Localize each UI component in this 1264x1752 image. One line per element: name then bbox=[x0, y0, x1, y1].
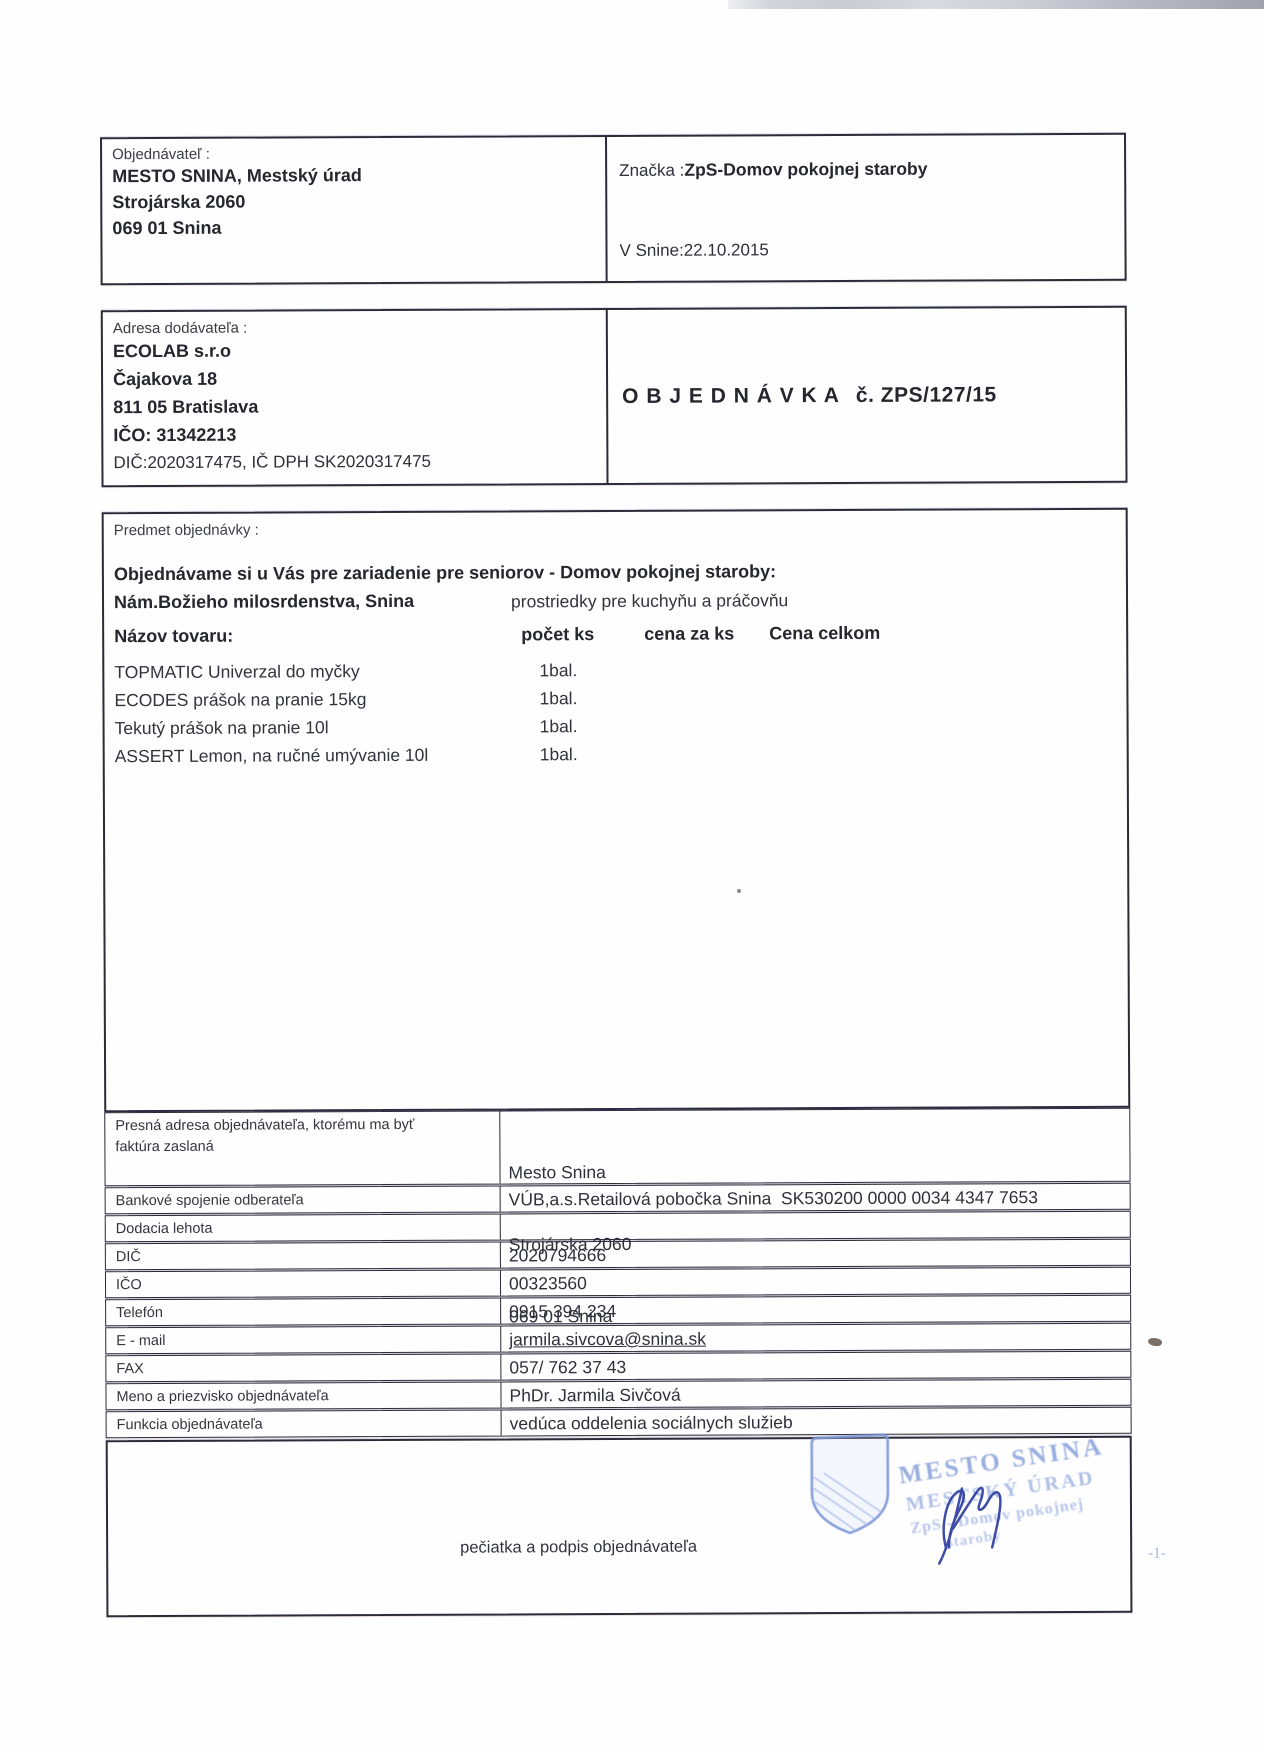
item-row: ASSERT Lemon, na ručné umývanie 10l 1bal… bbox=[115, 742, 1105, 767]
table-row: Bankové spojenie odberateľa VÚB,a.s.Reta… bbox=[105, 1183, 1131, 1214]
order-title: O B J E D N Á V K Ač. ZPS/127/15 bbox=[622, 383, 997, 409]
supplier-label: Adresa dodávateľa : bbox=[113, 318, 596, 337]
order-word: O B J E D N Á V K A bbox=[622, 384, 840, 408]
row-label: DIČ bbox=[106, 1243, 500, 1270]
order-number: č. ZPS/127/15 bbox=[856, 383, 997, 407]
item-qty: 1bal. bbox=[539, 688, 577, 709]
mark-value: ZpS-Domov pokojnej staroby bbox=[684, 159, 927, 180]
item-qty: 1bal. bbox=[540, 716, 578, 737]
customer-city: 069 01 Snina bbox=[112, 213, 595, 241]
subject-goods-note: prostriedky pre kuchyňu a práčovňu bbox=[511, 590, 788, 612]
subject-intro-line1: Objednávame si u Vás pre zariadenie pre … bbox=[114, 561, 776, 585]
supplier-cell: Adresa dodávateľa : ECOLAB s.r.o Čajakov… bbox=[103, 310, 607, 485]
place-date: V Snine:22.10.2015 bbox=[619, 240, 768, 261]
subject-intro-line2: Nám.Božieho milosrdenstva, Snina prostri… bbox=[114, 588, 1104, 613]
table-row: DIČ 2020794666 bbox=[105, 1239, 1131, 1270]
customer-box: Objednávateľ : MESTO SNINA, Mestský úrad… bbox=[100, 133, 1127, 285]
row-label: E - mail bbox=[106, 1327, 500, 1354]
col-unit-price: cena za ks bbox=[644, 623, 734, 644]
row-label: Telefón bbox=[106, 1299, 500, 1326]
row-label: Bankové spojenie odberateľa bbox=[106, 1187, 500, 1214]
customer-label: Objednávateľ : bbox=[112, 144, 595, 163]
row-label: Presná adresa objednávateľa, ktorému ma … bbox=[105, 1112, 499, 1186]
supplier-ico: IČO: 31342213 bbox=[113, 419, 596, 449]
billing-details-table: Presná adresa objednávateľa, ktorému ma … bbox=[104, 1108, 1131, 1439]
table-row: Telefón 0915 394 234 bbox=[105, 1295, 1131, 1326]
stamp-page-mark: -1- bbox=[1148, 1546, 1166, 1562]
item-name: Tekutý prášok na pranie 10l bbox=[115, 717, 329, 738]
scanned-order-document: Objednávateľ : MESTO SNINA, Mestský úrad… bbox=[0, 0, 1264, 1752]
subject-box: Predmet objednávky : Objednávame si u Vá… bbox=[102, 508, 1131, 1112]
row-value: VÚB,a.s.Retailová pobočka Snina SK530200… bbox=[500, 1184, 1130, 1212]
order-form: Objednávateľ : MESTO SNINA, Mestský úrad… bbox=[100, 133, 1132, 1619]
stamp-and-signature: MESTO SNINA MESTSKÝ ÚRAD ZpS - Domov pok… bbox=[796, 1429, 1217, 1691]
row-value: Mesto Snina Strojárska 2060 069 01 Snina bbox=[499, 1109, 1129, 1184]
table-row: IČO 00323560 bbox=[105, 1267, 1131, 1298]
col-total: Cena celkom bbox=[769, 623, 880, 644]
item-name: ECODES prášok na pranie 15kg bbox=[114, 689, 366, 710]
customer-street: Strojárska 2060 bbox=[112, 187, 595, 215]
item-name: TOPMATIC Univerzal do myčky bbox=[114, 661, 359, 682]
items-header-row: Názov tovaru: počet ks cena za ks Cena c… bbox=[114, 622, 1104, 647]
row-value: 00323560 bbox=[500, 1268, 1130, 1296]
mark-cell: Značka :ZpS-Domov pokojnej staroby V Sni… bbox=[605, 135, 1125, 281]
supplier-city: 811 05 Bratislava bbox=[113, 391, 596, 421]
row-label: IČO bbox=[106, 1271, 500, 1298]
item-name: ASSERT Lemon, na ručné umývanie 10l bbox=[115, 745, 429, 766]
row-label: FAX bbox=[106, 1355, 500, 1382]
scan-artifact-smudge bbox=[1147, 1336, 1163, 1347]
row-value bbox=[500, 1212, 1130, 1240]
row-value-email: jarmila.sivcova@snina.sk bbox=[500, 1324, 1130, 1352]
customer-cell: Objednávateľ : MESTO SNINA, Mestský úrad… bbox=[102, 137, 606, 283]
item-row: Tekutý prášok na pranie 10l 1bal. bbox=[115, 714, 1105, 739]
table-row: Meno a priezvisko objednávateľa PhDr. Ja… bbox=[105, 1379, 1131, 1410]
stamp-caption: pečiatka a podpis objednávateľa bbox=[460, 1538, 697, 1558]
row-label: Meno a priezvisko objednávateľa bbox=[106, 1383, 500, 1410]
row-value: 2020794666 bbox=[500, 1240, 1130, 1268]
supplier-box: Adresa dodávateľa : ECOLAB s.r.o Čajakov… bbox=[101, 306, 1128, 487]
stamp-shield-icon bbox=[796, 1435, 895, 1551]
item-row: ECODES prášok na pranie 15kg 1bal. bbox=[114, 686, 1104, 711]
subject-label: Predmet objednávky : bbox=[114, 518, 1116, 539]
mark-line: Značka :ZpS-Domov pokojnej staroby bbox=[619, 158, 1112, 181]
supplier-tax-ids: DIČ:2020317475, IČ DPH SK2020317475 bbox=[113, 447, 596, 477]
table-row: Presná adresa objednávateľa, ktorému ma … bbox=[104, 1108, 1130, 1186]
col-name: Názov tovaru: bbox=[114, 626, 233, 647]
table-row: FAX 057/ 762 37 43 bbox=[105, 1351, 1131, 1382]
row-label: Funkcia objednávateľa bbox=[107, 1411, 501, 1438]
customer-name: MESTO SNINA, Mestský úrad bbox=[112, 161, 595, 189]
supplier-street: Čajakova 18 bbox=[113, 363, 596, 393]
mark-label: Značka : bbox=[619, 161, 684, 180]
row-value: PhDr. Jarmila Sivčová bbox=[500, 1380, 1130, 1408]
scan-artifact-topbar bbox=[728, 0, 1264, 9]
table-row: Dodacia lehota bbox=[105, 1211, 1131, 1242]
item-row: TOPMATIC Univerzal do myčky 1bal. bbox=[114, 658, 1104, 683]
order-title-cell: O B J E D N Á V K Ač. ZPS/127/15 bbox=[606, 308, 1126, 483]
row-value: 0915 394 234 bbox=[500, 1296, 1130, 1324]
row-value: 057/ 762 37 43 bbox=[500, 1352, 1130, 1380]
stamp-signature-box: pečiatka a podpis objednávateľa bbox=[106, 1436, 1133, 1617]
item-qty: 1bal. bbox=[540, 744, 578, 765]
table-row: E - mail jarmila.sivcova@snina.sk bbox=[105, 1323, 1131, 1354]
row-label: Dodacia lehota bbox=[106, 1215, 500, 1242]
col-qty: počet ks bbox=[521, 624, 594, 645]
subject-address: Nám.Božieho milosrdenstva, Snina bbox=[114, 591, 414, 612]
item-qty: 1bal. bbox=[539, 660, 577, 681]
supplier-name: ECOLAB s.r.o bbox=[113, 335, 596, 365]
